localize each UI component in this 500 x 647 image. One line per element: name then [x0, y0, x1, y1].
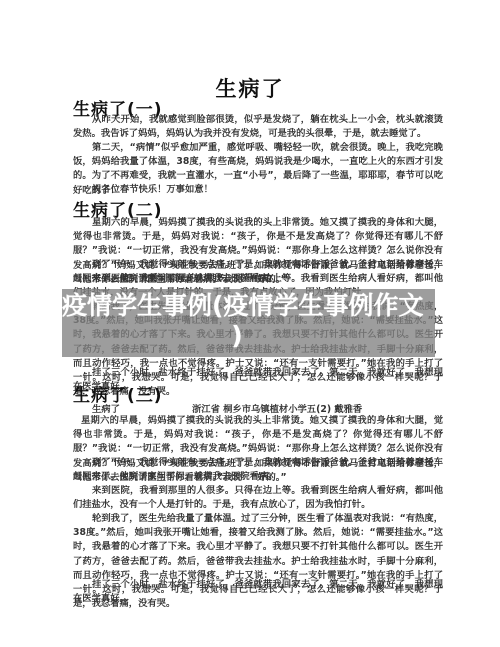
essay-byline: 生病了浙江省 桐乡市乌镇植材小学五(2) 戴雅香: [92, 401, 362, 415]
section-3-paragraph-2: 到了下午，我觉得头部有一点痛。于是，我就打电话告诉爸爸。爸爸立刻骑着摩托车赶回来…: [73, 456, 443, 484]
section-3-paragraph-5: 挂了三个小时，盐水终于挂好了，爸爸就带我回家去了。第二天，我就好了。我想现在医学…: [73, 578, 443, 606]
overlay-banner-title-main: 疫情学生事例(疫情学生事例作文: [62, 291, 423, 320]
document-page: 生病了 生病了(一) 从昨天开始，我就感觉到脸部很烫，似乎是发烧了，躺在枕头上一…: [0, 0, 500, 647]
overlay-banner-title-close: ): [62, 321, 442, 351]
byline-author-info: 浙江省 桐乡市乌镇植材小学五(2) 戴雅香: [192, 401, 362, 415]
overlay-banner-title: 疫情学生事例(疫情学生事例作文 ): [62, 291, 442, 351]
byline-essay-title: 生病了: [92, 401, 162, 415]
section-3-paragraph-3: 来到医院，我看到那里的人很多。只得在边上等。我看到医生给病人看好病，都叫他们挂盐…: [73, 484, 443, 512]
section-1-paragraph-1: 从昨天开始，我就感觉到脸部很烫，似乎是发烧了，躺在枕头上一小会，枕头就滚烫发热。…: [73, 113, 443, 141]
